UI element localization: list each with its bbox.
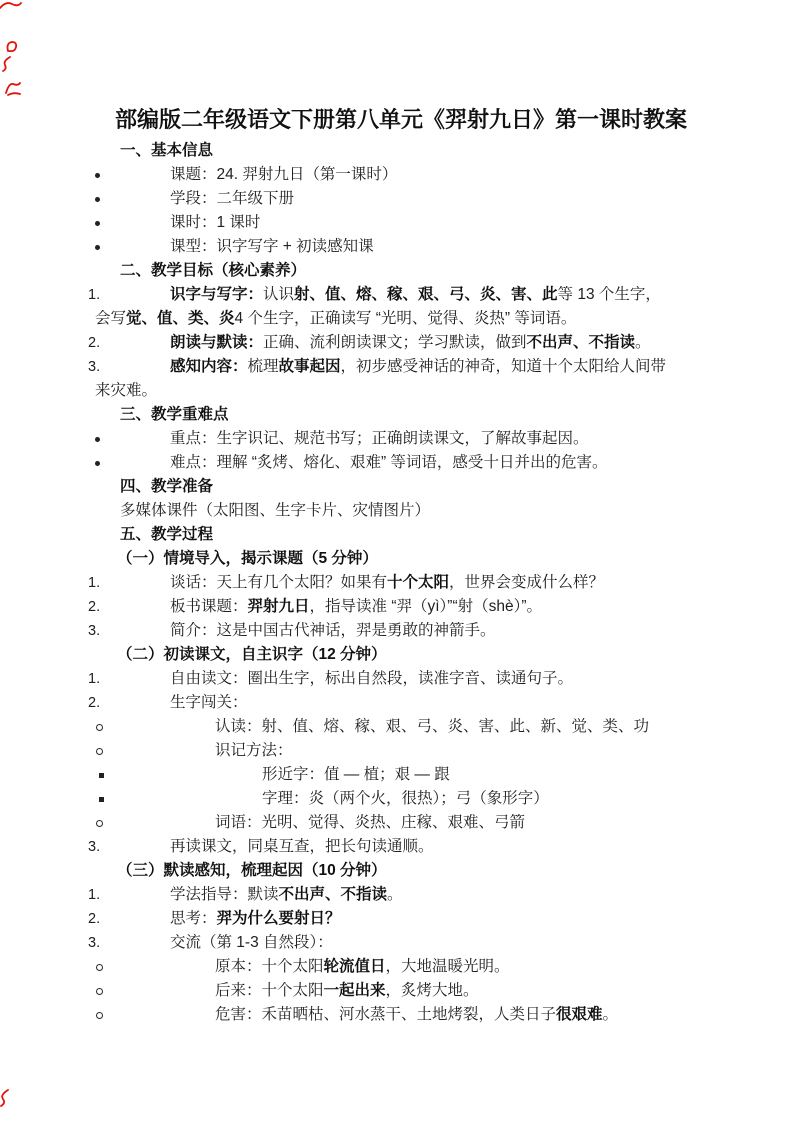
text-segment: ，指导读准 “羿（yì）”“射（shè）”。 <box>310 598 543 615</box>
disc-bullet-icon <box>95 461 100 466</box>
text-segment: 。 <box>603 1006 619 1023</box>
line-text: 会写觉、值、类、炎4 个生字，正确读写 “光明、觉得、炎热” 等词语。 <box>95 307 576 331</box>
circle-bullet-icon <box>96 748 103 755</box>
line-text: 交流（第 1-3 自然段）： <box>170 931 333 955</box>
line-text: 板书课题：羿射九日，指导读准 “羿（yì）”“射（shè）”。 <box>170 595 542 619</box>
text-segment: 难点：理解 “炙烤、熔化、艰难” 等词语，感受十日并出的危害。 <box>170 454 607 471</box>
line-text: 生字闯关： <box>170 691 248 715</box>
text-segment-bold: 十个太阳 <box>387 574 449 591</box>
list-item-level2: 词语：光明、觉得、炎热、庄稼、艰难、弓箭 <box>0 811 794 835</box>
line-text: 认读：射、值、熔、稼、艰、弓、炎、害、此、新、觉、类、功 <box>215 715 649 739</box>
document-page: 部编版二年级语文下册第八单元《羿射九日》第一课时教案一、基本信息课题：24. 羿… <box>0 0 794 1123</box>
section-heading: 二、教学目标（核心素养） <box>0 259 794 283</box>
text-segment: 简介：这是中国古代神话，羿是勇敢的神箭手。 <box>170 622 496 639</box>
list-item: 3.交流（第 1-3 自然段）： <box>0 931 794 955</box>
text-segment-bold: 不出声、不指读 <box>279 886 388 903</box>
line-text: 部编版二年级语文下册第八单元《羿射九日》第一课时教案 <box>115 103 687 137</box>
text-segment: 词语：光明、觉得、炎热、庄稼、艰难、弓箭 <box>215 814 525 831</box>
list-item: 课时：1 课时 <box>0 211 794 235</box>
line-text: 来灾难。 <box>95 379 157 403</box>
text-segment: 自由读文：圈出生字，标出自然段，读准字音、读通句子。 <box>170 670 573 687</box>
wrapped-line: 会写觉、值、类、炎4 个生字，正确读写 “光明、觉得、炎热” 等词语。 <box>0 307 794 331</box>
line-text: 原本：十个太阳轮流值日，大地温暖光明。 <box>215 955 510 979</box>
line-text: 学段：二年级下册 <box>170 187 294 211</box>
document-content: 部编版二年级语文下册第八单元《羿射九日》第一课时教案一、基本信息课题：24. 羿… <box>0 103 794 1027</box>
line-text: 三、教学重难点 <box>120 403 229 427</box>
line-text: 五、教学过程 <box>120 523 213 547</box>
line-text: （二）初读课文，自主识字（12 分钟） <box>117 643 387 667</box>
line-text: 字理：炎（两个火，很热）；弓（象形字） <box>262 787 549 811</box>
list-number: 1. <box>88 571 100 595</box>
text-segment-bold: 羿射九日 <box>248 598 310 615</box>
list-number: 3. <box>88 835 100 859</box>
list-number: 1. <box>88 883 100 907</box>
line-text: 简介：这是中国古代神话，羿是勇敢的神箭手。 <box>170 619 496 643</box>
text-segment: 正确、流利朗读课文；学习默读，做到 <box>263 334 527 351</box>
line-text: （一）情境导入，揭示课题（5 分钟） <box>117 547 378 571</box>
text-segment: 学段：二年级下册 <box>170 190 294 207</box>
red-annotation-mark-icon <box>0 1089 10 1107</box>
text-segment: 梳理 <box>248 358 279 375</box>
list-item: 课题：24. 羿射九日（第一课时） <box>0 163 794 187</box>
text-segment: ，初步感受神话的神奇，知道十个太阳给人间带 <box>341 358 667 375</box>
red-annotation-mark-icon <box>5 81 21 96</box>
text-segment: 板书课题： <box>170 598 248 615</box>
text-segment-bold: 四、教学准备 <box>120 478 213 495</box>
list-number: 3. <box>88 931 100 955</box>
text-segment: 识记方法： <box>215 742 293 759</box>
line-text: 词语：光明、觉得、炎热、庄稼、艰难、弓箭 <box>215 811 525 835</box>
line-text: 课题：24. 羿射九日（第一课时） <box>170 163 397 187</box>
list-number: 2. <box>88 907 100 931</box>
line-text: 多媒体课件（太阳图、生字卡片、灾情图片） <box>120 499 430 523</box>
text-segment: 认读：射、值、熔、稼、艰、弓、炎、害、此、新、觉、类、功 <box>215 718 649 735</box>
disc-bullet-icon <box>95 173 100 178</box>
text-segment: ，大地温暖光明。 <box>386 958 510 975</box>
text-segment: 原本：十个太阳 <box>215 958 324 975</box>
list-item-level2: 危害：禾苗晒枯、河水蒸干、土地烤裂，人类日子很艰难。 <box>0 1003 794 1027</box>
list-number: 2. <box>88 691 100 715</box>
red-annotation-mark-icon <box>0 0 22 10</box>
line-text: 思考：羿为什么要射日？ <box>170 907 341 931</box>
list-item: 2.板书课题：羿射九日，指导读准 “羿（yì）”“射（shè）”。 <box>0 595 794 619</box>
text-segment-bold: 轮流值日 <box>324 958 386 975</box>
paragraph-line: 多媒体课件（太阳图、生字卡片、灾情图片） <box>0 499 794 523</box>
list-item-level2: 认读：射、值、熔、稼、艰、弓、炎、害、此、新、觉、类、功 <box>0 715 794 739</box>
text-segment: 4 个生字，正确读写 “光明、觉得、炎热” 等词语。 <box>235 310 577 327</box>
text-segment: 形近字：值 — 植；艰 — 跟 <box>262 766 450 783</box>
line-text: 课型：识字写字 + 初读感知课 <box>170 235 374 259</box>
text-segment: 认识 <box>263 286 294 303</box>
text-segment: 等 13 个生字， <box>558 286 661 303</box>
list-number: 2. <box>88 595 100 619</box>
line-text: 后来：十个太阳一起出来，炙烤大地。 <box>215 979 479 1003</box>
list-item: 3.感知内容：梳理故事起因，初步感受神话的神奇，知道十个太阳给人间带 <box>0 355 794 379</box>
list-number: 3. <box>88 355 100 379</box>
list-item-level3: 字理：炎（两个火，很热）；弓（象形字） <box>0 787 794 811</box>
disc-bullet-icon <box>95 197 100 202</box>
text-segment-bold: 故事起因 <box>279 358 341 375</box>
circle-bullet-icon <box>96 988 103 995</box>
line-text: 识记方法： <box>215 739 293 763</box>
disc-bullet-icon <box>95 221 100 226</box>
list-item-level2: 后来：十个太阳一起出来，炙烤大地。 <box>0 979 794 1003</box>
line-text: 四、教学准备 <box>120 475 213 499</box>
text-segment: 字理：炎（两个火，很热）；弓（象形字） <box>262 790 549 807</box>
line-text: 难点：理解 “炙烤、熔化、艰难” 等词语，感受十日并出的危害。 <box>170 451 607 475</box>
text-segment: 再读课文，同桌互查，把长句读通顺。 <box>170 838 434 855</box>
red-annotation-mark-icon <box>5 40 19 53</box>
line-text: 自由读文：圈出生字，标出自然段，读准字音、读通句子。 <box>170 667 573 691</box>
line-text: 再读课文，同桌互查，把长句读通顺。 <box>170 835 434 859</box>
list-item: 2.朗读与默读：正确、流利朗读课文；学习默读，做到不出声、不指读。 <box>0 331 794 355</box>
text-segment: 来灾难。 <box>95 382 157 399</box>
text-segment-bold: 识字与写字： <box>170 286 263 303</box>
list-number: 2. <box>88 331 100 355</box>
line-text: （三）默读感知，梳理起因（10 分钟） <box>117 859 387 883</box>
text-segment: 谈话：天上有几个太阳？如果有 <box>170 574 387 591</box>
disc-bullet-icon <box>95 437 100 442</box>
sub-heading: （一）情境导入，揭示课题（5 分钟） <box>0 547 794 571</box>
list-item-level3: 形近字：值 — 植；艰 — 跟 <box>0 763 794 787</box>
square-bullet-icon <box>99 773 104 778</box>
text-segment: 课型：识字写字 + 初读感知课 <box>170 238 374 255</box>
text-segment: 后来：十个太阳 <box>215 982 324 999</box>
list-item: 3.简介：这是中国古代神话，羿是勇敢的神箭手。 <box>0 619 794 643</box>
line-text: 一、基本信息 <box>120 139 213 163</box>
line-text: 谈话：天上有几个太阳？如果有十个太阳，世界会变成什么样？ <box>170 571 604 595</box>
circle-bullet-icon <box>96 820 103 827</box>
text-segment: 交流（第 1-3 自然段）： <box>170 934 333 951</box>
list-item: 1.识字与写字：认识射、值、熔、稼、艰、弓、炎、害、此等 13 个生字， <box>0 283 794 307</box>
line-text: 学法指导：默读不出声、不指读。 <box>170 883 403 907</box>
text-segment-bold: 朗读与默读： <box>170 334 263 351</box>
text-segment-bold: 射、值、熔、稼、艰、弓、炎、害、此 <box>294 286 558 303</box>
line-text: 课时：1 课时 <box>170 211 260 235</box>
disc-bullet-icon <box>95 245 100 250</box>
text-segment-bold: （一）情境导入，揭示课题（5 分钟） <box>117 550 378 567</box>
text-segment: 生字闯关： <box>170 694 248 711</box>
text-segment: 课题：24. 羿射九日（第一课时） <box>170 166 397 183</box>
list-item: 1.自由读文：圈出生字，标出自然段，读准字音、读通句子。 <box>0 667 794 691</box>
list-item: 2.思考：羿为什么要射日？ <box>0 907 794 931</box>
text-segment: 。 <box>387 886 403 903</box>
text-segment-bold: 二、教学目标（核心素养） <box>120 262 306 279</box>
section-heading: 五、教学过程 <box>0 523 794 547</box>
sub-heading: （二）初读课文，自主识字（12 分钟） <box>0 643 794 667</box>
list-item: 课型：识字写字 + 初读感知课 <box>0 235 794 259</box>
line-text: 二、教学目标（核心素养） <box>120 259 306 283</box>
square-bullet-icon <box>99 797 104 802</box>
text-segment: 多媒体课件（太阳图、生字卡片、灾情图片） <box>120 502 430 519</box>
line-text: 形近字：值 — 植；艰 — 跟 <box>262 763 450 787</box>
text-segment: 重点：生字识记、规范书写；正确朗读课文，了解故事起因。 <box>170 430 589 447</box>
text-segment-bold: 不出声、不指读 <box>527 334 636 351</box>
text-segment-bold: 部编版二年级语文下册第八单元《羿射九日》第一课时教案 <box>115 107 687 132</box>
text-segment-bold: 一、基本信息 <box>120 142 213 159</box>
list-item: 学段：二年级下册 <box>0 187 794 211</box>
text-segment-bold: 五、教学过程 <box>120 526 213 543</box>
text-segment-bold: 很艰难 <box>556 1006 603 1023</box>
list-number: 3. <box>88 619 100 643</box>
text-segment: ，世界会变成什么样？ <box>449 574 604 591</box>
text-segment: 课时：1 课时 <box>170 214 260 231</box>
section-heading: 一、基本信息 <box>0 139 794 163</box>
section-heading: 三、教学重难点 <box>0 403 794 427</box>
line-text: 朗读与默读：正确、流利朗读课文；学习默读，做到不出声、不指读。 <box>170 331 651 355</box>
list-number: 1. <box>88 667 100 691</box>
list-item: 重点：生字识记、规范书写；正确朗读课文，了解故事起因。 <box>0 427 794 451</box>
text-segment-bold: 三、教学重难点 <box>120 406 229 423</box>
circle-bullet-icon <box>96 964 103 971</box>
text-segment: 。 <box>635 334 651 351</box>
list-item: 难点：理解 “炙烤、熔化、艰难” 等词语，感受十日并出的危害。 <box>0 451 794 475</box>
list-item: 3.再读课文，同桌互查，把长句读通顺。 <box>0 835 794 859</box>
line-text: 感知内容：梳理故事起因，初步感受神话的神奇，知道十个太阳给人间带 <box>170 355 666 379</box>
list-number: 1. <box>88 283 100 307</box>
text-segment: 危害：禾苗晒枯、河水蒸干、土地烤裂，人类日子 <box>215 1006 556 1023</box>
text-segment: ，炙烤大地。 <box>386 982 479 999</box>
circle-bullet-icon <box>96 724 103 731</box>
text-segment-bold: 感知内容： <box>170 358 248 375</box>
line-text: 识字与写字：认识射、值、熔、稼、艰、弓、炎、害、此等 13 个生字， <box>170 283 661 307</box>
text-segment: 思考： <box>170 910 217 927</box>
text-segment: 学法指导：默读 <box>170 886 279 903</box>
list-item-level2: 识记方法： <box>0 739 794 763</box>
text-segment-bold: 一起出来 <box>324 982 386 999</box>
wrapped-line: 来灾难。 <box>0 379 794 403</box>
text-segment-bold: 觉、值、类、炎 <box>126 310 235 327</box>
list-item: 1.学法指导：默读不出声、不指读。 <box>0 883 794 907</box>
text-segment-bold: （三）默读感知，梳理起因（10 分钟） <box>117 862 387 879</box>
red-annotation-mark-icon <box>1 56 12 72</box>
line-text: 重点：生字识记、规范书写；正确朗读课文，了解故事起因。 <box>170 427 589 451</box>
list-item: 1.谈话：天上有几个太阳？如果有十个太阳，世界会变成什么样？ <box>0 571 794 595</box>
sub-heading: （三）默读感知，梳理起因（10 分钟） <box>0 859 794 883</box>
doc-title: 部编版二年级语文下册第八单元《羿射九日》第一课时教案 <box>0 103 794 139</box>
text-segment-bold: （二）初读课文，自主识字（12 分钟） <box>117 646 387 663</box>
list-item: 2.生字闯关： <box>0 691 794 715</box>
text-segment-bold: 羿为什么要射日？ <box>217 910 341 927</box>
section-heading: 四、教学准备 <box>0 475 794 499</box>
list-item-level2: 原本：十个太阳轮流值日，大地温暖光明。 <box>0 955 794 979</box>
line-text: 危害：禾苗晒枯、河水蒸干、土地烤裂，人类日子很艰难。 <box>215 1003 618 1027</box>
circle-bullet-icon <box>96 1012 103 1019</box>
text-segment: 会写 <box>95 310 126 327</box>
